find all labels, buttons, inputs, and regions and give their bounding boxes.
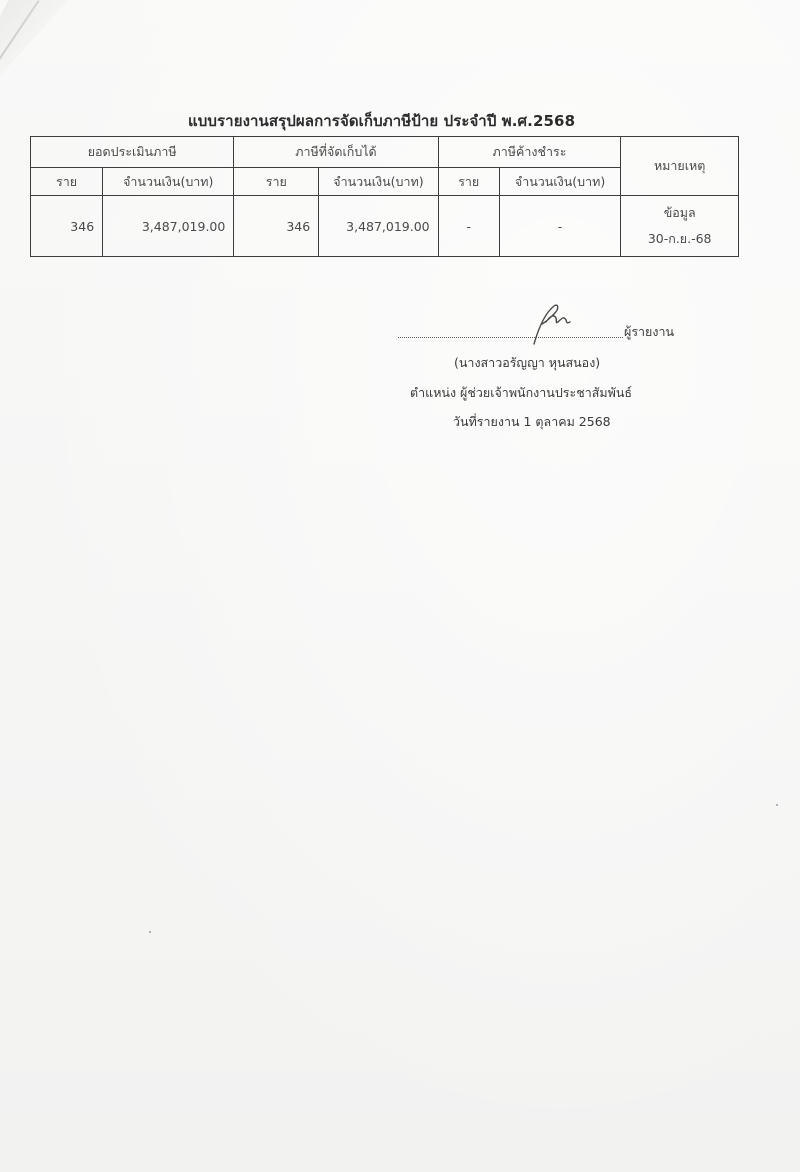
document-title: แบบรายงานสรุปผลการจัดเก็บภาษีป้าย ประจำป…: [188, 109, 608, 133]
cell-outstanding-count: -: [438, 196, 499, 257]
paper-speck: [149, 931, 151, 933]
tax-summary-table: ยอดประเมินภาษี ภาษีที่จัดเก็บได้ ภาษีค้า…: [30, 136, 739, 257]
reporter-label: ผู้รายงาน: [624, 322, 674, 342]
reporter-position: ตำแหน่ง ผู้ช่วยเจ้าพนักงานประชาสัมพันธ์: [410, 383, 632, 403]
subheader-outstanding-amount: จำนวนเงิน(บาท): [499, 168, 621, 196]
subheader-assessed-amount: จำนวนเงิน(บาท): [103, 168, 234, 196]
remarks-label: ข้อมูล: [621, 200, 738, 226]
cell-assessed-amount: 3,487,019.00: [103, 196, 234, 257]
signature-dotted-line: [398, 337, 623, 338]
header-collected-tax: ภาษีที่จัดเก็บได้: [234, 137, 438, 168]
header-remarks: หมายเหตุ: [621, 137, 739, 196]
subheader-assessed-count: ราย: [31, 168, 103, 196]
cell-collected-count: 346: [234, 196, 319, 257]
subheader-collected-count: ราย: [234, 168, 319, 196]
subheader-collected-amount: จำนวนเงิน(บาท): [319, 168, 438, 196]
header-assessed-tax: ยอดประเมินภาษี: [31, 137, 234, 168]
header-outstanding-tax: ภาษีค้างชำระ: [438, 137, 621, 168]
table-group-header-row: ยอดประเมินภาษี ภาษีที่จัดเก็บได้ ภาษีค้า…: [31, 137, 739, 168]
table-row: 346 3,487,019.00 346 3,487,019.00 - - ข้…: [31, 196, 739, 257]
cell-remarks: ข้อมูล 30-ก.ย.-68: [621, 196, 739, 257]
reporter-name: (นางสาวอรัญญา หุนสนอง): [454, 353, 600, 373]
remarks-date: 30-ก.ย.-68: [621, 226, 738, 252]
report-date: วันที่รายงาน 1 ตุลาคม 2568: [453, 412, 611, 432]
cell-assessed-count: 346: [31, 196, 103, 257]
cell-collected-amount: 3,487,019.00: [319, 196, 438, 257]
signature-line: ผู้รายงาน: [398, 322, 718, 342]
subheader-outstanding-count: ราย: [438, 168, 499, 196]
cell-outstanding-amount: -: [499, 196, 621, 257]
paper-speck: [776, 804, 778, 806]
